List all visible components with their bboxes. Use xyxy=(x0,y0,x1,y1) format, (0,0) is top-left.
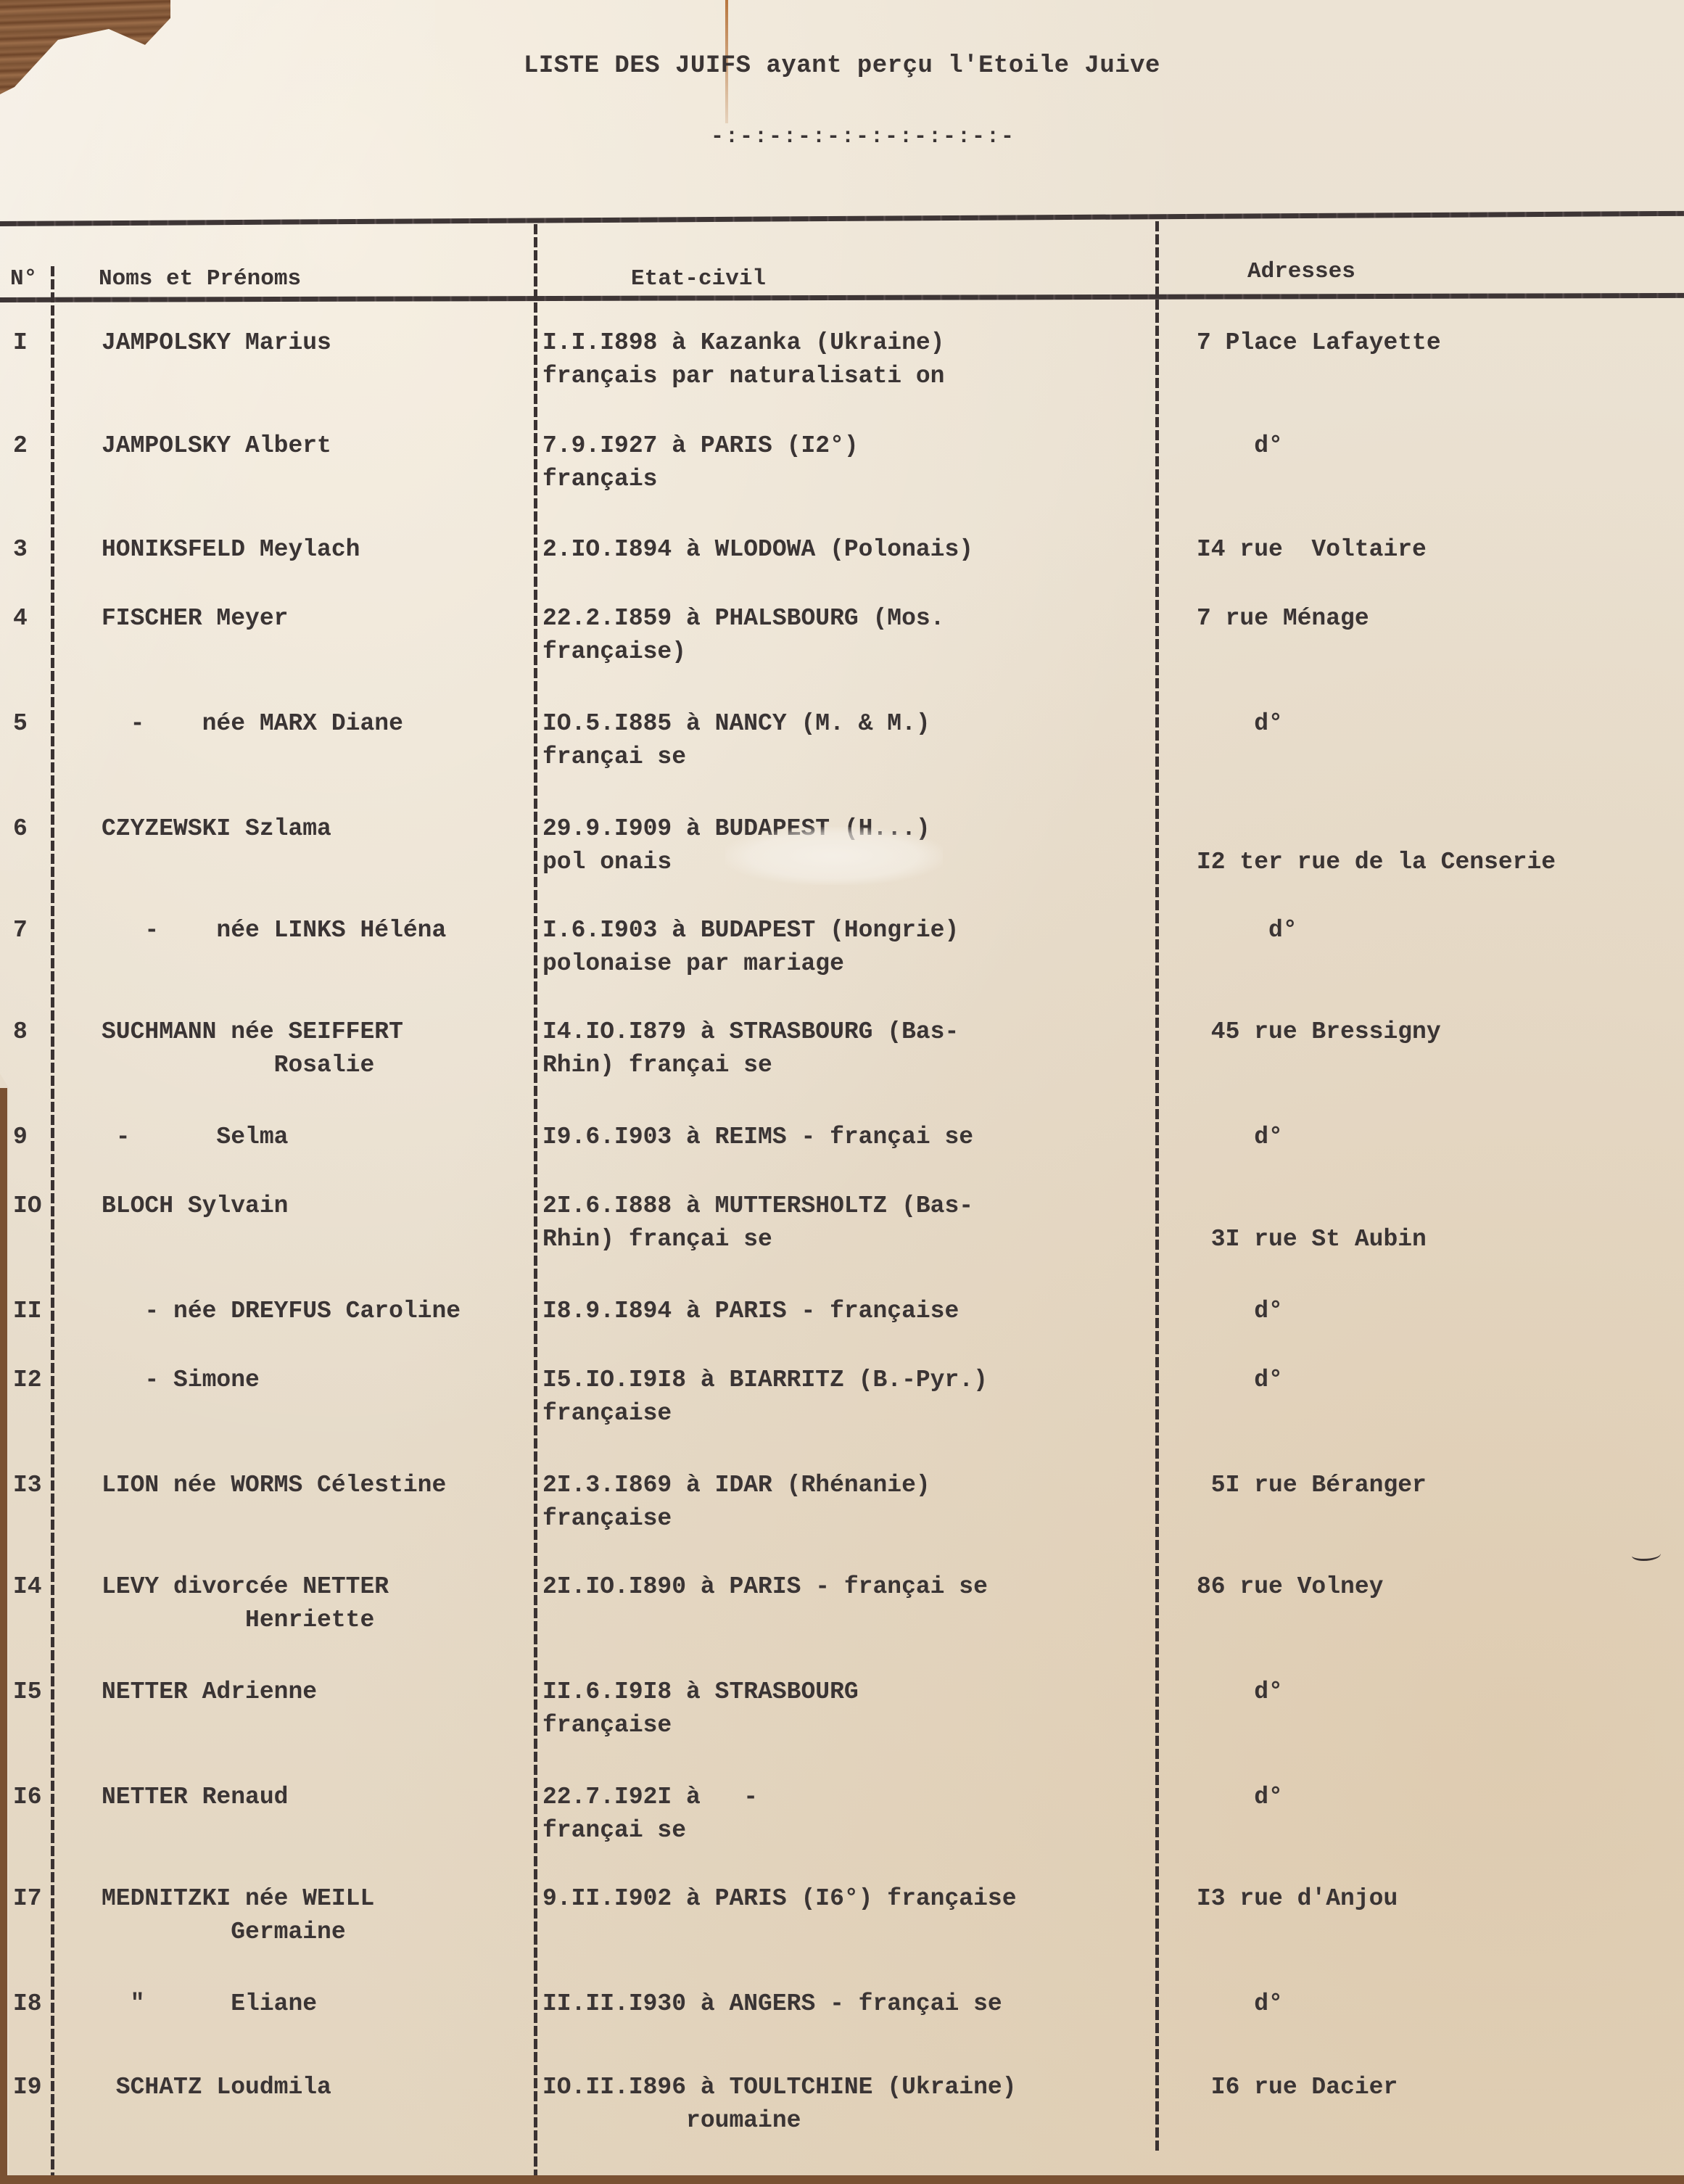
etat-civil: 7.9.I927 à PARIS (I2°) français xyxy=(542,429,859,496)
etat-civil: II.6.I9I8 à STRASBOURG française xyxy=(542,1676,859,1742)
address: 7 rue Ménage xyxy=(1197,602,1369,635)
header-addresses: Adresses xyxy=(1247,259,1355,284)
address: 86 rue Volney xyxy=(1197,1570,1383,1604)
person-name: NETTER Renaud xyxy=(102,1781,288,1814)
row-number: IO xyxy=(13,1190,49,1223)
wooden-table-edge-bottom xyxy=(0,2175,1684,2184)
etat-civil: 22.2.I859 à PHALSBOURG (Mos. française) xyxy=(542,602,945,669)
address: d° xyxy=(1197,1676,1283,1709)
address: I2 ter rue de la Censerie xyxy=(1197,812,1556,879)
person-name: " Eliane xyxy=(102,1987,317,2021)
row-number: 2 xyxy=(13,429,49,463)
address: 7 Place Lafayette xyxy=(1197,326,1441,360)
person-name: MEDNITZKI née WEILL Germaine xyxy=(102,1882,374,1949)
row-number: 5 xyxy=(13,707,49,741)
row-number: I3 xyxy=(13,1469,49,1502)
address: d° xyxy=(1197,1987,1283,2021)
address: 5I rue Béranger xyxy=(1197,1469,1427,1502)
header-bottom-rule xyxy=(0,293,1684,302)
column-divider-etat-civil xyxy=(1155,221,1159,2151)
address: d° xyxy=(1197,429,1283,463)
etat-civil: I.6.I903 à BUDAPEST (Hongrie) polonaise … xyxy=(542,914,959,981)
address: d° xyxy=(1197,707,1283,741)
etat-civil: 2I.IO.I890 à PARIS - françai se xyxy=(542,1570,988,1604)
row-number: 4 xyxy=(13,602,49,635)
address: d° xyxy=(1197,1781,1283,1814)
table-top-rule xyxy=(0,211,1684,226)
person-name: - née DREYFUS Caroline xyxy=(102,1295,461,1328)
address: I4 rue Voltaire xyxy=(1197,533,1427,566)
person-name: - Selma xyxy=(102,1121,288,1154)
row-number: 8 xyxy=(13,1015,49,1049)
paper-sheet: LISTE DES JUIFS ayant perçu l'Etoile Jui… xyxy=(0,0,1684,2175)
etat-civil: II.II.I930 à ANGERS - françai se xyxy=(542,1987,1002,2021)
person-name: JAMPOLSKY Marius xyxy=(102,326,331,360)
etat-civil: 2I.6.I888 à MUTTERSHOLTZ (Bas- Rhin) fra… xyxy=(542,1190,973,1256)
row-number: 9 xyxy=(13,1121,49,1154)
row-number: 7 xyxy=(13,914,49,947)
person-name: - Simone xyxy=(102,1364,260,1397)
person-name: BLOCH Sylvain xyxy=(102,1190,288,1223)
address: d° xyxy=(1197,1295,1283,1328)
person-name: - née MARX Diane xyxy=(102,707,403,741)
column-divider-name xyxy=(534,224,537,2177)
document-title: LISTE DES JUIFS ayant perçu l'Etoile Jui… xyxy=(524,52,1160,80)
etat-civil: I8.9.I894 à PARIS - française xyxy=(542,1295,959,1328)
address: 3I rue St Aubin xyxy=(1197,1190,1427,1256)
etat-civil: IO.5.I885 à NANCY (M. & M.) françai se xyxy=(542,707,930,774)
address: 45 rue Bressigny xyxy=(1197,1015,1441,1049)
header-number: N° xyxy=(10,266,37,292)
etat-civil: IO.II.I896 à TOULTCHINE (Ukraine) roumai… xyxy=(542,2071,1017,2138)
row-number: I2 xyxy=(13,1364,49,1397)
etat-civil: I4.IO.I879 à STRASBOURG (Bas- Rhin) fran… xyxy=(542,1015,959,1082)
address: d° xyxy=(1197,914,1297,947)
etat-civil: 2.IO.I894 à WLODOWA (Polonais) xyxy=(542,533,973,566)
row-number: I4 xyxy=(13,1570,49,1604)
row-number: I xyxy=(13,326,49,360)
etat-civil: 22.7.I92I à - françai se xyxy=(542,1781,758,1847)
row-number: II xyxy=(13,1295,49,1328)
row-number: I9 xyxy=(13,2071,49,2104)
etat-civil: I5.IO.I9I8 à BIARRITZ (B.-Pyr.) français… xyxy=(542,1364,988,1430)
row-number: I6 xyxy=(13,1781,49,1814)
person-name: HONIKSFELD Meylach xyxy=(102,533,360,566)
etat-civil: I.I.I898 à Kazanka (Ukraine) français pa… xyxy=(542,326,945,393)
address: d° xyxy=(1197,1364,1283,1397)
person-name: FISCHER Meyer xyxy=(102,602,288,635)
person-name: - née LINKS Héléna xyxy=(102,914,446,947)
address: I6 rue Dacier xyxy=(1197,2071,1398,2104)
title-separator: -:-:-:-:-:-:-:-:-:-:- xyxy=(711,125,1015,149)
etat-civil: 2I.3.I869 à IDAR (Rhénanie) française xyxy=(542,1469,930,1536)
header-names: Noms et Prénoms xyxy=(99,266,301,292)
row-number: I8 xyxy=(13,1987,49,2021)
header-etat-civil: Etat-civil xyxy=(631,266,766,292)
person-name: SUCHMANN née SEIFFERT Rosalie xyxy=(102,1015,403,1082)
address: d° xyxy=(1197,1121,1283,1154)
wooden-table-edge-left xyxy=(0,1088,7,2184)
etat-civil: 9.II.I902 à PARIS (I6°) française xyxy=(542,1882,1017,1916)
person-name: NETTER Adrienne xyxy=(102,1676,317,1709)
row-number: 6 xyxy=(13,812,49,846)
person-name: SCHATZ Loudmila xyxy=(102,2071,331,2104)
person-name: LEVY divorcée NETTER Henriette xyxy=(102,1570,389,1637)
row-number: I5 xyxy=(13,1676,49,1709)
person-name: CZYZEWSKI Szlama xyxy=(102,812,331,846)
person-name: JAMPOLSKY Albert xyxy=(102,429,331,463)
address: I3 rue d'Anjou xyxy=(1197,1882,1398,1916)
column-divider-number xyxy=(51,266,54,2177)
erased-smudge xyxy=(725,827,943,885)
row-number: I7 xyxy=(13,1882,49,1916)
row-number: 3 xyxy=(13,533,49,566)
ink-mark xyxy=(1632,1549,1661,1561)
person-name: LION née WORMS Célestine xyxy=(102,1469,446,1502)
etat-civil: I9.6.I903 à REIMS - françai se xyxy=(542,1121,973,1154)
